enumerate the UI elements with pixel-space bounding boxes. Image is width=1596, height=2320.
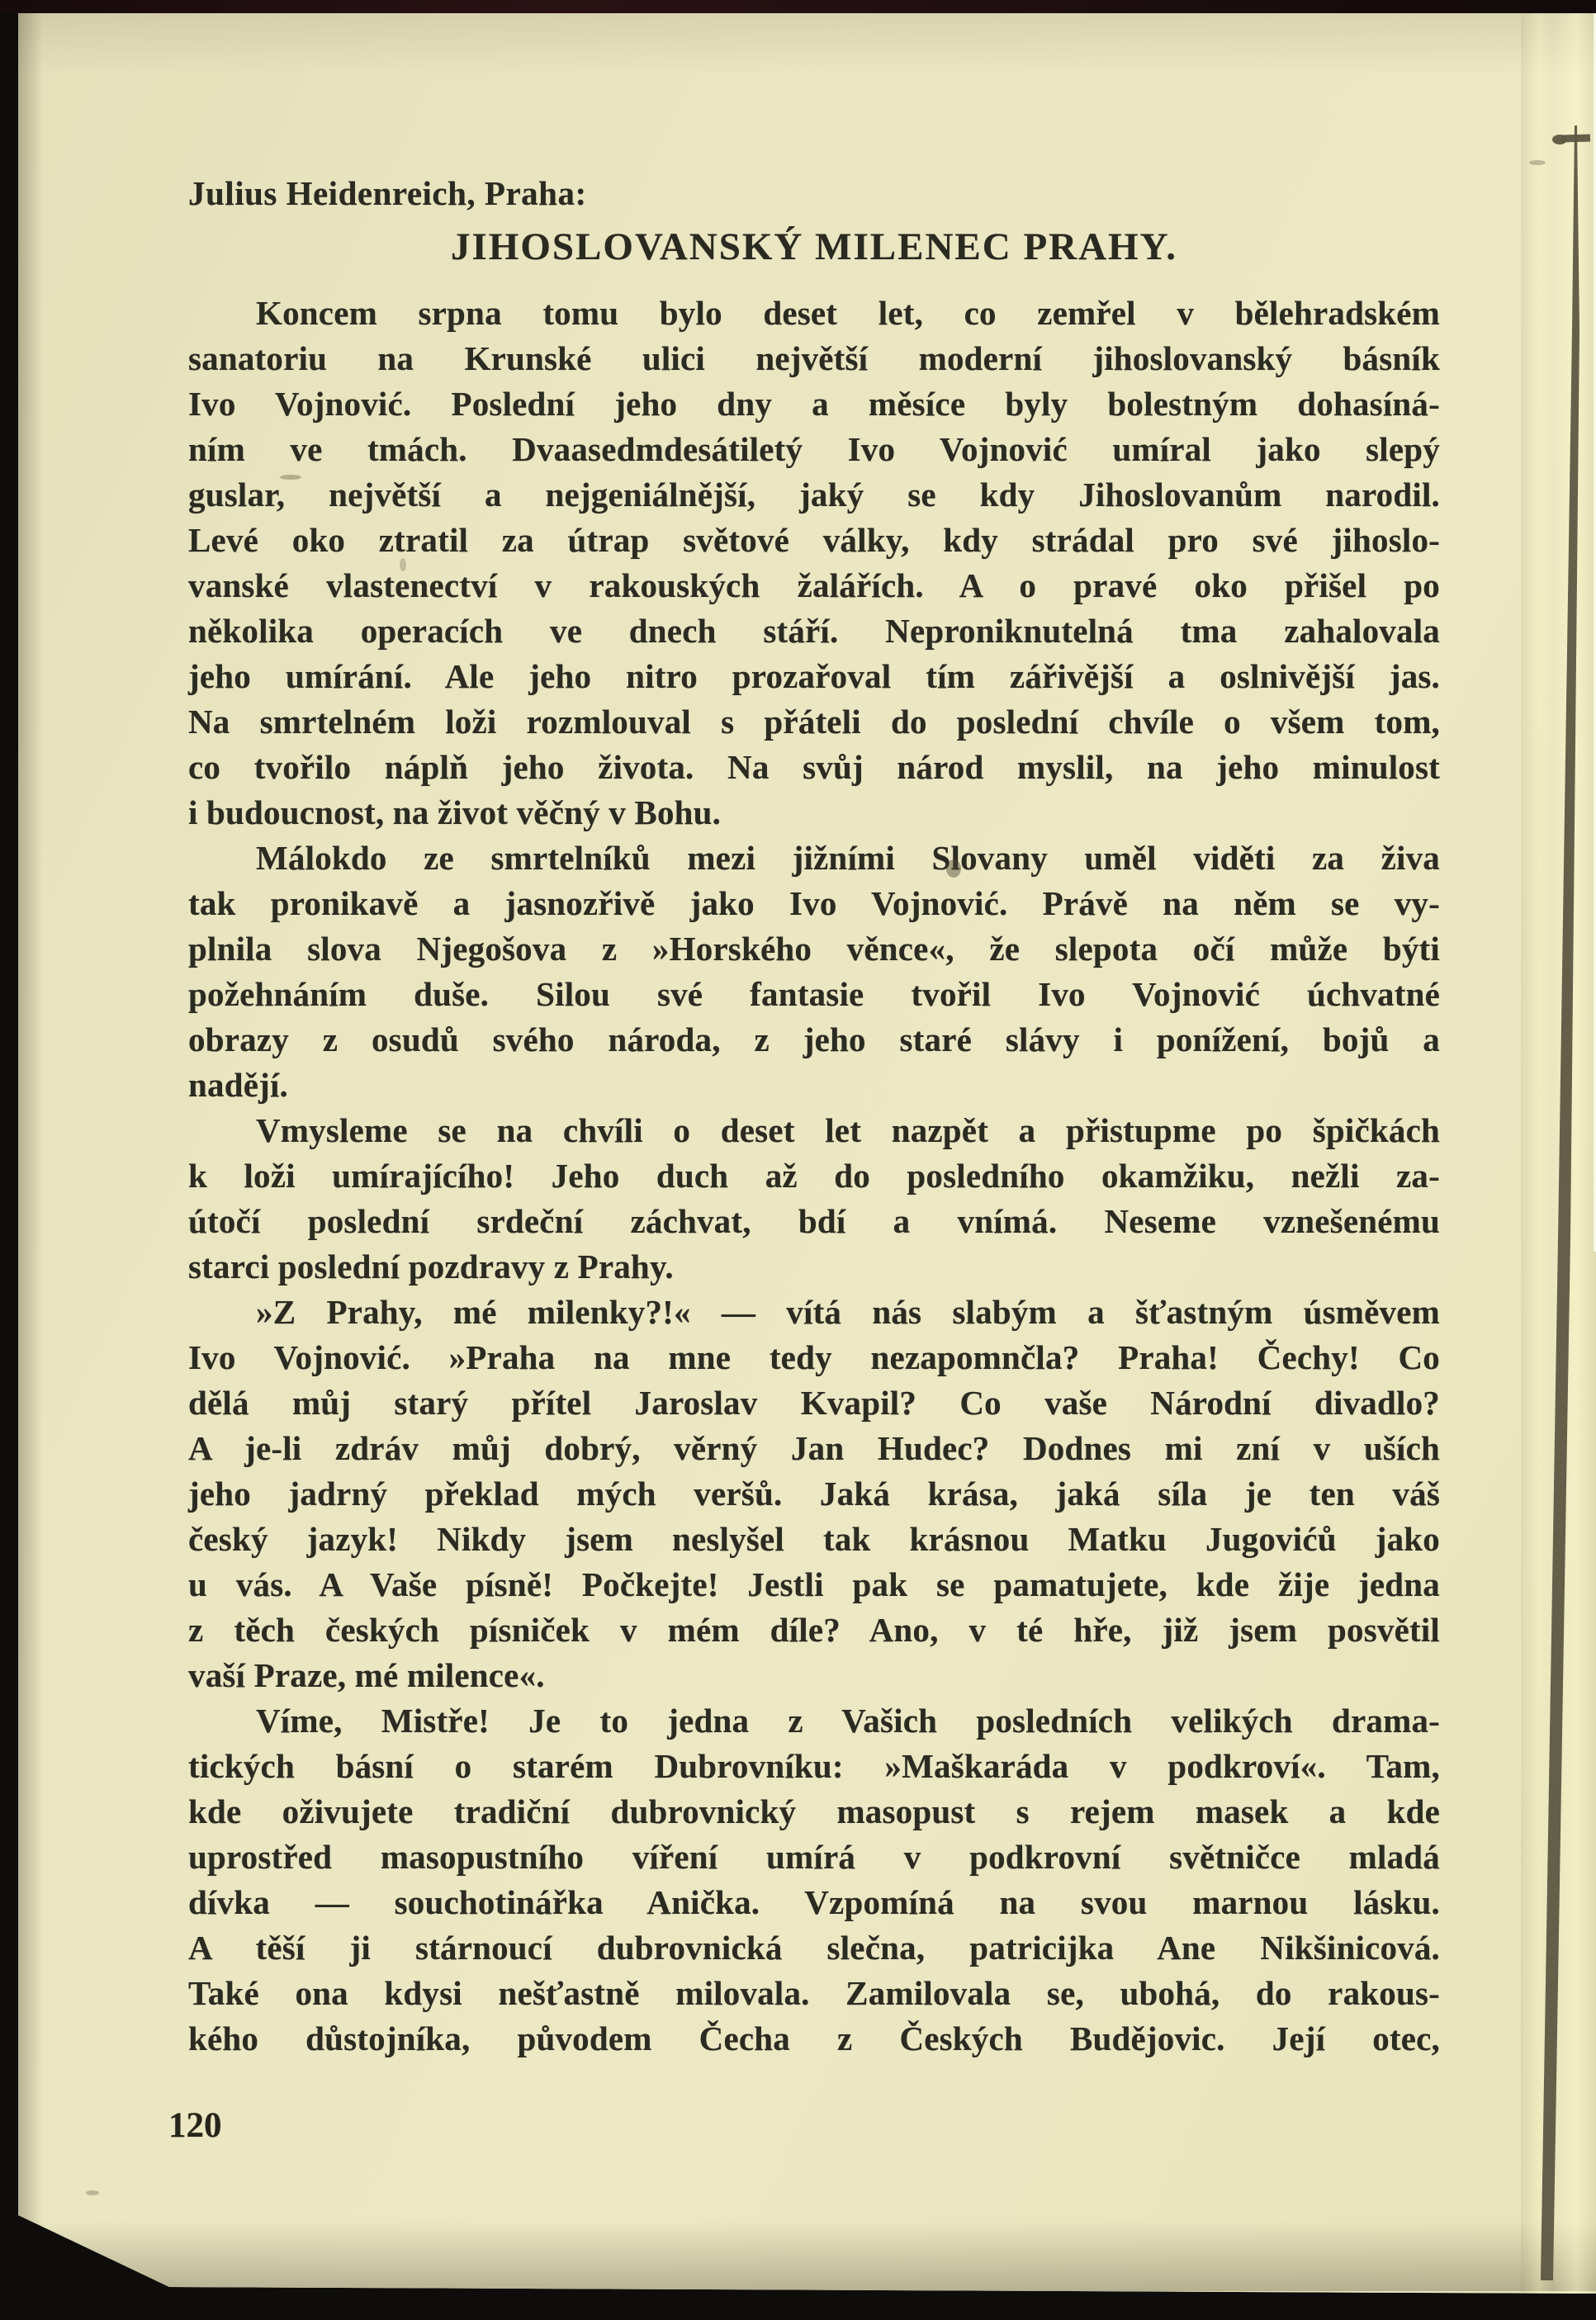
text-line: Ivo Vojnović. Poslední jeho dny a měsíce… xyxy=(188,381,1440,427)
text-line: několika operacích ve dnech stáří. Nepro… xyxy=(188,608,1440,654)
text-line: A těší ji stárnoucí dubrovnická slečna, … xyxy=(188,1925,1440,1971)
text-line: nadějí. xyxy=(188,1063,1440,1108)
text-line: obrazy z osudů svého národa, z jeho star… xyxy=(188,1017,1440,1063)
text-line: tických básní o starém Dubrovníku: »Mašk… xyxy=(188,1744,1440,1789)
article-title: JIHOSLOVANSKÝ MILENEC PRAHY. xyxy=(188,225,1440,269)
text-line: »Z Prahy, mé milenky?!« — vítá nás slabý… xyxy=(188,1290,1440,1335)
author-line: Julius Heidenreich, Praha: xyxy=(188,173,587,213)
page-number: 120 xyxy=(168,2105,222,2146)
text-line: kde oživujete tradiční dubrovnický masop… xyxy=(188,1789,1440,1835)
text-line: vanské vlastenectví v rakouských žaláříc… xyxy=(188,563,1440,608)
text-line: Vmysleme se na chvíli o deset let nazpět… xyxy=(188,1108,1440,1153)
book-page: Julius Heidenreich, Praha: JIHOSLOVANSKÝ… xyxy=(0,0,1596,2320)
scan-top-edge xyxy=(0,0,1596,13)
scanned-book-page-canvas: { "page": { "author_line": "Julius Heide… xyxy=(0,0,1596,2320)
page-bottom-shadow xyxy=(0,2221,1596,2291)
text-line: guslar, největší a nejgeniálnější, jaký … xyxy=(188,472,1440,518)
text-line: Na smrtelném loži rozmlouval s přáteli d… xyxy=(188,699,1440,745)
text-line: A je-li zdráv můj dobrý, věrný Jan Hudec… xyxy=(188,1426,1440,1471)
text-line: Koncem srpna tomu bylo deset let, co zem… xyxy=(188,291,1440,336)
text-line: tak pronikavě a jasnozřivě jako Ivo Vojn… xyxy=(188,881,1440,926)
text-line: jeho umírání. Ale jeho nitro prozařoval … xyxy=(188,654,1440,699)
text-line: kého důstojníka, původem Čecha z Českých… xyxy=(188,2016,1440,2062)
page-left-shadow xyxy=(18,13,43,2242)
text-line: český jazyk! Nikdy jsem neslyšel tak krá… xyxy=(188,1517,1440,1562)
text-line: Levé oko ztratil za útrap světové války,… xyxy=(188,518,1440,563)
text-line: starci poslední pozdravy z Prahy. xyxy=(188,1244,1440,1290)
text-line: uprostřed masopustního víření umírá v po… xyxy=(188,1835,1440,1880)
text-line: útočí poslední srdeční záchvat, bdí a vn… xyxy=(188,1199,1440,1244)
text-line: Také ona kdysi nešťastně milovala. Zamil… xyxy=(188,1971,1440,2016)
text-line: u vás. A Vaše písně! Počkejte! Jestli pa… xyxy=(188,1562,1440,1607)
text-line: i budoucnost, na život věčný v Bohu. xyxy=(188,790,1440,836)
text-line: sanatoriu na Krunské ulici největší mode… xyxy=(188,336,1440,381)
text-line: ním ve tmách. Dvaasedmdesátiletý Ivo Voj… xyxy=(188,427,1440,472)
text-line: Ivo Vojnović. »Praha na mne tedy nezapom… xyxy=(188,1335,1440,1380)
text-line: z těch českých písniček v mém díle? Ano,… xyxy=(188,1607,1440,1653)
article-body: Koncem srpna tomu bylo deset let, co zem… xyxy=(188,291,1440,2062)
text-line: co tvořilo náplň jeho života. Na svůj ná… xyxy=(188,745,1440,790)
text-line: požehnáním duše. Silou své fantasie tvoř… xyxy=(188,972,1440,1017)
text-line: plnila slova Njegošova z »Horského věnce… xyxy=(188,926,1440,972)
page-gutter-sheen xyxy=(1521,13,1596,2294)
text-line: dívka — souchotinářka Anička. Vzpomíná n… xyxy=(188,1880,1440,1925)
text-line: vaší Praze, mé milence«. xyxy=(188,1653,1440,1698)
text-line: dělá můj starý přítel Jaroslav Kvapil? C… xyxy=(188,1380,1440,1426)
text-line: Málokdo ze smrtelníků mezi jižními Slova… xyxy=(188,836,1440,881)
text-line: Víme, Mistře! Je to jedna z Vašich posle… xyxy=(188,1698,1440,1744)
text-line: jeho jadrný překlad mých veršů. Jaká krá… xyxy=(188,1471,1440,1517)
text-line: k loži umírajícího! Jeho duch až do posl… xyxy=(188,1153,1440,1199)
